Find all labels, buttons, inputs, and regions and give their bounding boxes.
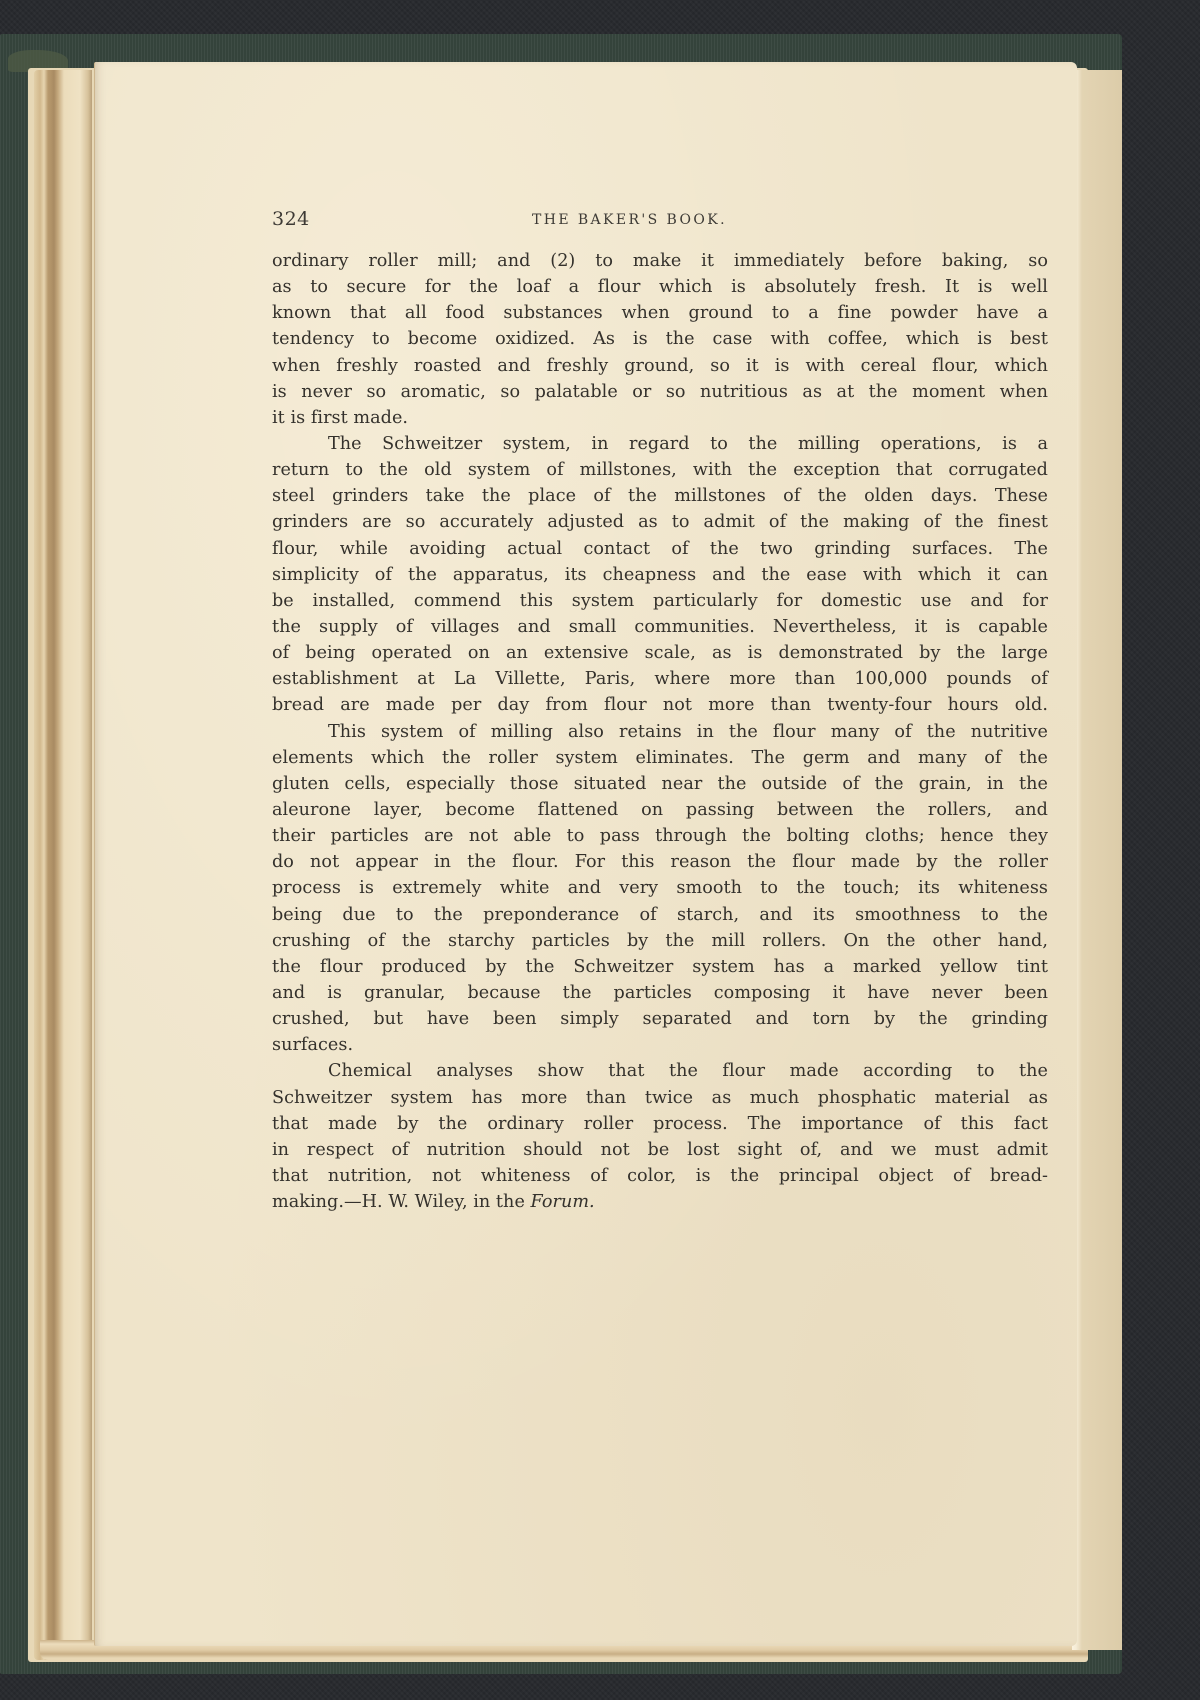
text-line: is never so aromatic, so palatable or so… [272, 379, 1048, 405]
facing-page-edge [1072, 70, 1122, 1650]
text-line: steel grinders take the place of the mil… [272, 483, 1048, 509]
text-line: The Schweitzer system, in regard to the … [272, 431, 1048, 457]
paragraph-1: ordinary roller mill; and (2) to make it… [272, 248, 1048, 431]
text-line: simplicity of the apparatus, its cheapne… [272, 562, 1048, 588]
text-line: that nutrition, not whiteness of color, … [272, 1163, 1048, 1189]
paragraph-4: Chemical analyses show that the flour ma… [272, 1058, 1048, 1215]
text-line: crushed, but have been simply separated … [272, 1006, 1048, 1032]
text-line: as to secure for the loaf a flour which … [272, 274, 1048, 300]
paragraph-3: This system of milling also retains in t… [272, 719, 1048, 1059]
text-line: return to the old system of millstones, … [272, 457, 1048, 483]
text-line: gluten cells, especially those situated … [272, 771, 1048, 797]
text-line: known that all food substances when grou… [272, 300, 1048, 326]
text-line: flour, while avoiding actual contact of … [272, 536, 1048, 562]
text-line: when freshly roasted and freshly ground,… [272, 353, 1048, 379]
attribution-text: making.—H. W. Wiley, in the [272, 1192, 531, 1212]
page-number: 324 [272, 208, 310, 230]
running-head: 324 THE BAKER'S BOOK. [272, 208, 1048, 236]
text-line: do not appear in the flour. For this rea… [272, 849, 1048, 875]
page-edges-left [34, 70, 92, 1660]
text-line: surfaces. [272, 1032, 1048, 1058]
attribution-line: making.—H. W. Wiley, in the Forum. [272, 1189, 1048, 1215]
text-line: establishment at La Villette, Paris, whe… [272, 666, 1048, 692]
text-line: aleurone layer, become flattened on pass… [272, 797, 1048, 823]
text-line: This system of milling also retains in t… [272, 719, 1048, 745]
text-line: process is extremely white and very smoo… [272, 875, 1048, 901]
text-line: grinders are so accurately adjusted as t… [272, 509, 1048, 535]
text-line: it is first made. [272, 405, 1048, 431]
text-line: in respect of nutrition should not be lo… [272, 1137, 1048, 1163]
running-head-title: THE BAKER'S BOOK. [532, 212, 727, 228]
text-line: Chemical analyses show that the flour ma… [272, 1058, 1048, 1084]
text-line: that made by the ordinary roller process… [272, 1111, 1048, 1137]
paragraph-2: The Schweitzer system, in regard to the … [272, 431, 1048, 719]
text-line: the flour produced by the Schweitzer sys… [272, 954, 1048, 980]
text-line: elements which the roller system elimina… [272, 745, 1048, 771]
text-line: the supply of villages and small communi… [272, 614, 1048, 640]
text-line: and is granular, because the particles c… [272, 980, 1048, 1006]
text-line: Schweitzer system has more than twice as… [272, 1085, 1048, 1111]
text-line: be installed, commend this system partic… [272, 588, 1048, 614]
source-publication: Forum. [531, 1192, 595, 1212]
body-text: ordinary roller mill; and (2) to make it… [272, 248, 1048, 1215]
text-line: their particles are not able to pass thr… [272, 823, 1048, 849]
text-line: being due to the preponderance of starch… [272, 902, 1048, 928]
text-line: of being operated on an extensive scale,… [272, 640, 1048, 666]
text-line: ordinary roller mill; and (2) to make it… [272, 248, 1048, 274]
text-line: bread are made per day from flour not mo… [272, 692, 1048, 718]
text-line: crushing of the starchy particles by the… [272, 928, 1048, 954]
text-line: tendency to become oxidized. As is the c… [272, 326, 1048, 352]
